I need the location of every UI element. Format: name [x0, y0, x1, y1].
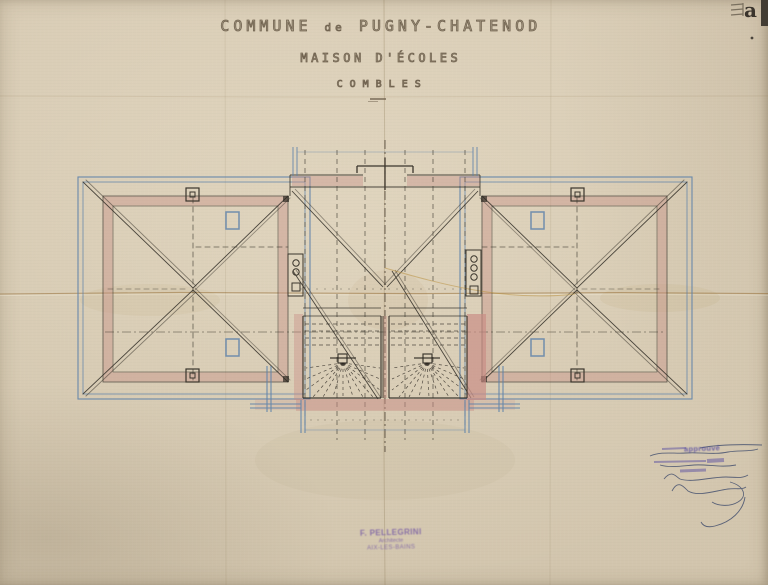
pavilion-right	[460, 177, 692, 399]
paper-stains	[80, 270, 720, 500]
signature-handwriting	[650, 445, 762, 527]
chimney-icon	[571, 188, 584, 382]
chimney-icon	[186, 188, 199, 382]
flue-stack-icon	[288, 254, 303, 296]
approval-stamp-word: approuvé	[684, 443, 720, 453]
archive-letter-mark: a	[744, 0, 757, 22]
scanned-plan-sheet: COMMUNE de PUGNY-CHATENOD MAISON D'ÉCOLE…	[0, 0, 768, 585]
skylight-icon	[226, 212, 239, 356]
roof-plan-drawing	[0, 0, 768, 585]
architect-stamp: F. PELLEGRINI Architecte AIX-LES-BAINS	[348, 527, 435, 554]
skylight-icon	[531, 212, 544, 356]
